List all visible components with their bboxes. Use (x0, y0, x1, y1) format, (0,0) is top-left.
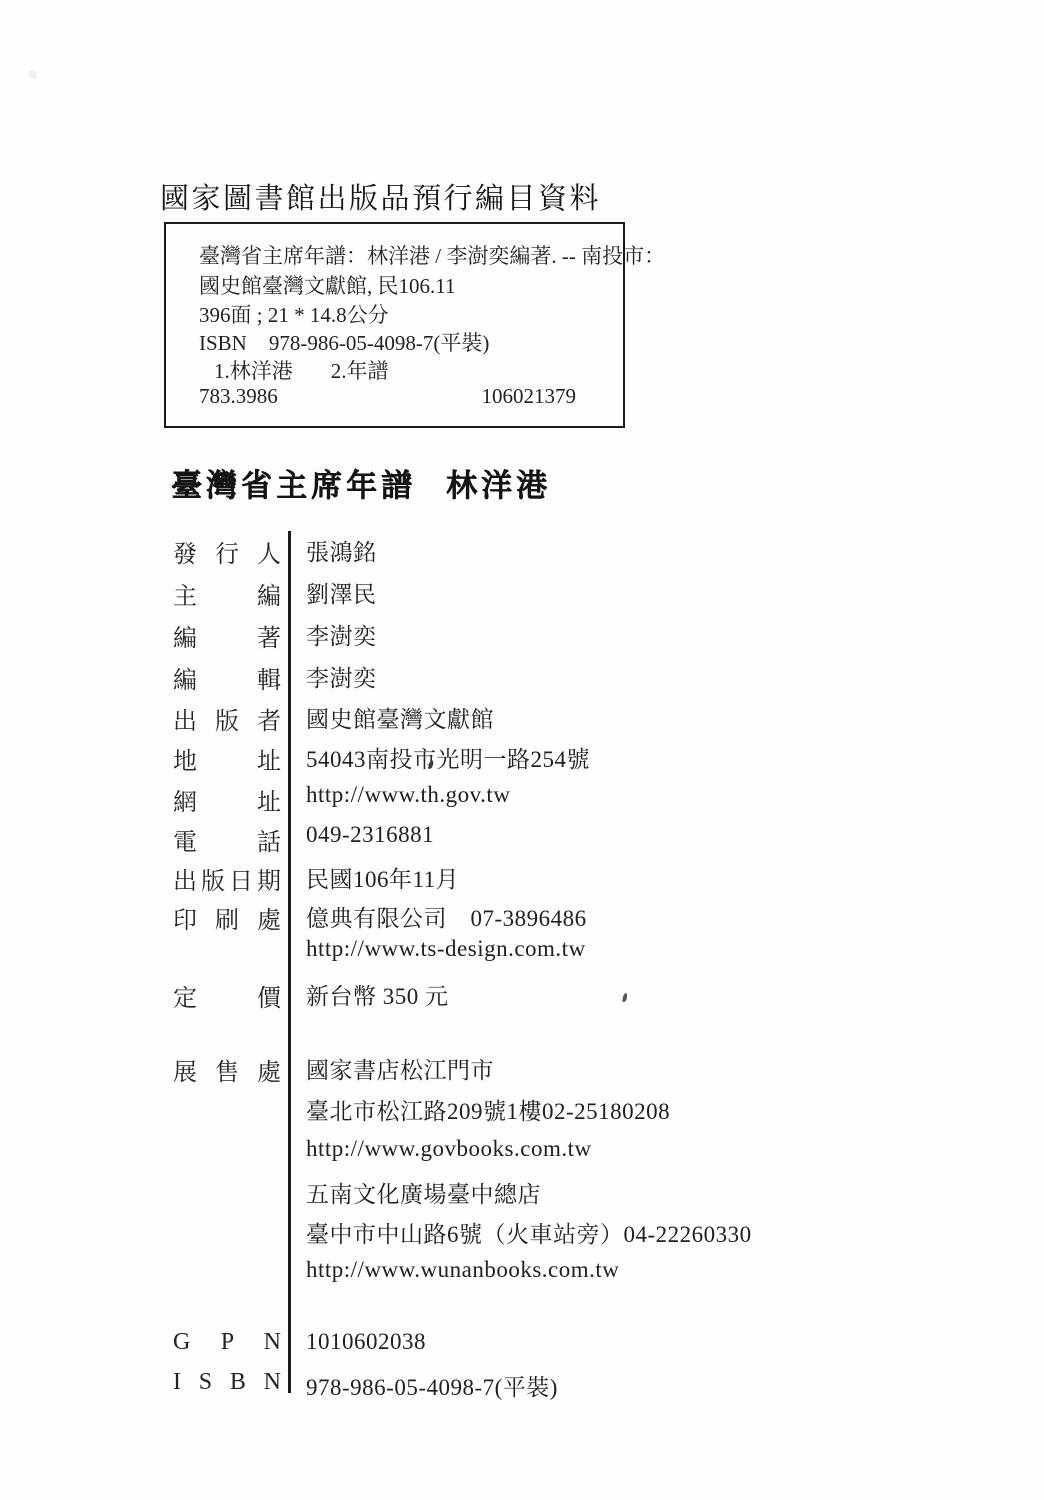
cip-header-title: 國家圖書館出版品預行編目資料 (160, 176, 601, 217)
row-value-outlet2-address: 臺中市中山路6號（火車站旁）04-22260330 (306, 1216, 752, 1249)
row-label-gpn: G P N (173, 1329, 281, 1356)
row-value-printer-name-phone: 億典有限公司 07-3896486 (306, 900, 587, 933)
scan-speck (622, 993, 628, 1003)
cip-isbn-line: ISBN978-986-05-4098-7(平裝) (199, 327, 489, 357)
cip-box: 臺灣省主席年譜：林洋港 / 李澍奕編著. -- 南投市： 國史館臺灣文獻館, 民… (164, 222, 625, 428)
row-value-isbn: 978-986-05-4098-7(平裝) (306, 1369, 558, 1402)
row-label-price: 定價 (173, 978, 281, 1013)
row-label-isbn: I S B N (173, 1369, 281, 1396)
cip-subject-1: 1.林洋港 (214, 359, 293, 383)
row-value-outlet2-url: http://www.wunanbooks.com.tw (306, 1257, 619, 1283)
colophon-page: 國家圖書館出版品預行編目資料 臺灣省主席年譜：林洋港 / 李澍奕編著. -- 南… (0, 0, 1044, 1500)
cip-isbn-value: 978-986-05-4098-7(平裝) (269, 331, 489, 355)
cip-classification-line: 783.3986 106021379 (199, 384, 576, 409)
row-label-editor: 編輯 (173, 660, 281, 695)
row-value-gpn: 1010602038 (306, 1329, 426, 1355)
row-label-sales-outlets: 展售處 (173, 1052, 281, 1087)
row-value-publication-date: 民國106年11月 (306, 861, 459, 894)
book-title-main: 臺灣省主席年譜 (171, 468, 416, 503)
row-value-chief-editor: 劉澤民 (306, 576, 377, 609)
row-label-telephone: 電話 (173, 822, 281, 857)
cip-physical-description: 396面 ; 21 * 14.8公分 (199, 299, 389, 329)
cip-record-number: 106021379 (482, 384, 577, 409)
row-value-outlet1-name: 國家書店松江門市 (306, 1052, 494, 1085)
row-label-publication-date: 出版日期 (173, 861, 281, 896)
cip-isbn-label: ISBN (199, 331, 247, 355)
book-title-person: 林洋港 (446, 468, 551, 503)
row-value-printer-url: http://www.ts-design.com.tw (306, 936, 586, 962)
row-label-address: 地址 (173, 741, 281, 776)
book-title: 臺灣省主席年譜林洋港 (171, 460, 551, 505)
row-value-author: 李澍奕 (306, 618, 377, 651)
row-value-outlet2-name: 五南文化廣場臺中總店 (306, 1176, 541, 1209)
row-label-author: 編著 (173, 618, 281, 653)
row-value-editor: 李澍奕 (306, 660, 377, 693)
row-value-publisher-rep: 張鴻銘 (306, 534, 377, 567)
row-label-publisher: 出版者 (173, 701, 281, 736)
cip-publisher-line: 國史館臺灣文獻館, 民106.11 (199, 270, 455, 300)
row-label-chief-editor: 主編 (173, 576, 281, 611)
row-value-website-url: http://www.th.gov.tw (306, 782, 510, 808)
row-label-printer: 印刷處 (173, 900, 281, 935)
label-value-divider (288, 531, 291, 1393)
scan-speck (28, 70, 37, 79)
row-value-telephone: 049-2316881 (306, 822, 434, 848)
row-value-price: 新台幣 350 元 (306, 978, 449, 1011)
row-value-outlet1-url: http://www.govbooks.com.tw (306, 1136, 592, 1162)
row-label-website: 網址 (173, 782, 281, 817)
cip-subject-line: 1.林洋港2.年譜 (214, 355, 389, 385)
row-value-outlet1-address: 臺北市松江路209號1樓02-25180208 (306, 1093, 670, 1126)
row-value-publisher: 國史館臺灣文獻館 (306, 701, 494, 734)
cip-class-number: 783.3986 (199, 384, 278, 409)
row-label-publisher-rep: 發行人 (173, 534, 281, 569)
cip-subject-2: 2.年譜 (331, 359, 389, 383)
cip-title-statement: 臺灣省主席年譜：林洋港 / 李澍奕編著. -- 南投市： (199, 240, 665, 270)
row-value-address: 54043南投市光明一路254號 (306, 741, 590, 774)
